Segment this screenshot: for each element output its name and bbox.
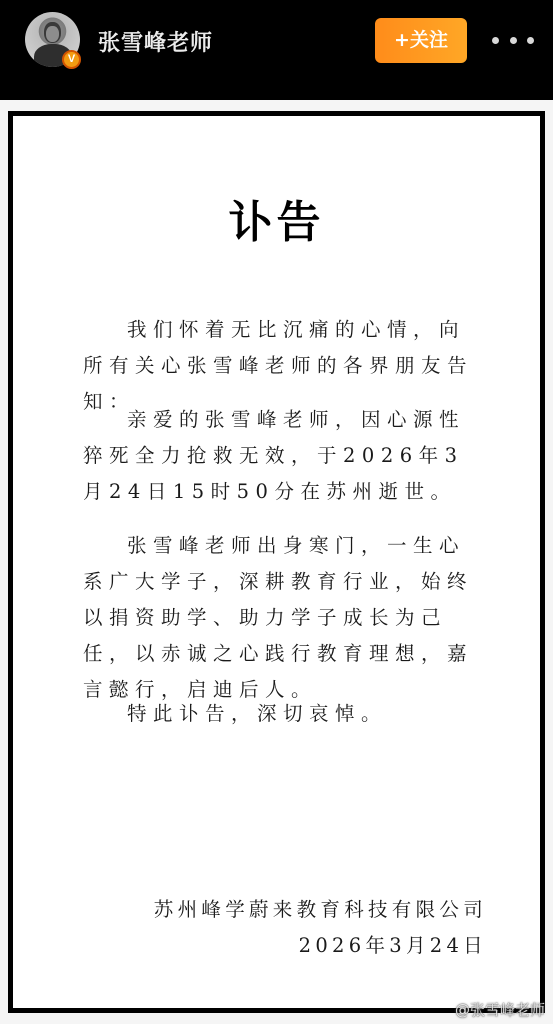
notice-signature: 苏州峰学蔚来教育科技有限公司 2026年3月24日	[154, 892, 487, 964]
avatar-face-shape	[46, 26, 59, 42]
post-image[interactable]: 讣告 我们怀着无比沉痛的心情，向所有关心张雪峰老师的各界朋友告知： 亲爱的张雪峰…	[0, 100, 553, 1024]
obituary-notice: 讣告 我们怀着无比沉痛的心情，向所有关心张雪峰老师的各界朋友告知： 亲爱的张雪峰…	[8, 111, 545, 1013]
notice-paragraph: 亲爱的张雪峰老师，因心源性猝死全力抢救无效，于2026年3月24日15时50分在…	[83, 402, 483, 510]
verified-badge-icon: V	[62, 50, 81, 69]
notice-paragraph: 张雪峰老师出身寒门，一生心系广大学子，深耕教育行业，始终以捐资助学、助力学子成长…	[83, 528, 483, 708]
paragraph-text: 亲爱的张雪峰老师，因心源性猝死全力抢救无效，于2026年3月24日15时50分在…	[83, 408, 465, 503]
username[interactable]: 张雪峰老师	[98, 26, 213, 57]
signature-date: 2026年3月24日	[154, 928, 487, 964]
more-dots-icon	[527, 37, 534, 44]
paragraph-text: 特此讣告，深切哀悼。	[127, 702, 387, 725]
paragraph-text: 张雪峰老师出身寒门，一生心系广大学子，深耕教育行业，始终以捐资助学、助力学子成长…	[83, 534, 473, 701]
signature-organization: 苏州峰学蔚来教育科技有限公司	[154, 892, 487, 928]
follow-button[interactable]: +关注	[375, 18, 467, 63]
more-dots-icon	[492, 37, 499, 44]
weibo-watermark: @张雪峰老师	[455, 999, 545, 1020]
notice-title: 讣告	[13, 186, 540, 250]
paragraph-text: 我们怀着无比沉痛的心情，向所有关心张雪峰老师的各界朋友告知：	[83, 318, 473, 413]
post-header: V 张雪峰老师 +关注	[0, 0, 553, 100]
notice-paragraph: 特此讣告，深切哀悼。	[83, 696, 483, 732]
more-dots-icon	[510, 37, 517, 44]
more-options-button[interactable]	[492, 28, 534, 52]
